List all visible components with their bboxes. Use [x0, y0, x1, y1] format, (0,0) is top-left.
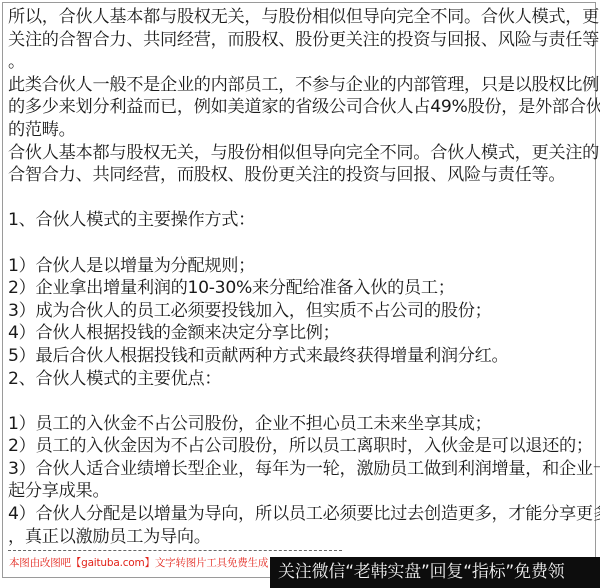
- text-line: 此类合伙人一般不是企业的内部员工，不参与企业的内部管理，只是以股权比例: [8, 74, 598, 97]
- list-item: 1）合伙人是以增量为分配规则；: [8, 255, 598, 278]
- list-item: 4）合伙人根据投钱的金额来决定分享比例；: [8, 322, 598, 345]
- text-line: 所以，合伙人基本都与股权无关，与股份相似但导向完全不同。合伙人模式，更: [8, 6, 598, 29]
- text-line: 。: [8, 51, 598, 74]
- promo-banner: 关注微信“老韩实盘”回复“指标”免费领: [270, 557, 600, 588]
- text-line: 合伙人基本都与股权无关，与股份相似但导向完全不同。合伙人模式，更关注的: [8, 142, 598, 165]
- list-item: 3）成为合伙人的员工必须要投钱加入，但实质不占公司的股份；: [8, 300, 598, 323]
- list-item: 1）员工的入伙金不占公司股份，企业不担心员工未来坐享其成；: [8, 413, 598, 436]
- blank-line: [8, 187, 598, 210]
- list-item: 3）合伙人适合业绩增长型企业，每年为一轮，激励员工做到利润增量，和企业一: [8, 458, 598, 481]
- text-line: 合智合力、共同经营，而股权、股份更关注的投资与回报、风险与责任等。: [8, 164, 598, 187]
- section-heading: 2、合伙人模式的主要优点：: [8, 368, 598, 391]
- blank-line: [8, 390, 598, 413]
- list-item: 2）企业拿出增量利润的10-30%来分配给准备入伙的员工；: [8, 277, 598, 300]
- text-line: 的范畴。: [8, 119, 598, 142]
- blank-line: [8, 232, 598, 255]
- text-line: 关注的合智合力、共同经营，而股权、股份更关注的投资与回报、风险与责任等: [8, 29, 598, 52]
- text-line: 的多少来划分利益而已，例如美道家的省级公司合伙人占49%股份，是外部合伙人: [8, 96, 598, 119]
- list-item: 5）最后合伙人根据投钱和贡献两种方式来最终获得增量利润分红。: [8, 345, 598, 368]
- section-heading: 1、合伙人模式的主要操作方式：: [8, 209, 598, 232]
- document-body: 所以，合伙人基本都与股权无关，与股份相似但导向完全不同。合伙人模式，更 关注的合…: [8, 6, 598, 548]
- dashed-divider: [8, 550, 342, 551]
- watermark-text: 本图由改图吧【gaituba.com】文字转图片工具免费生成: [9, 557, 268, 570]
- list-item: 4）合伙人分配是以增量为导向，所以员工必须要比过去创造更多，才能分享更多: [8, 503, 598, 526]
- list-item-continuation: 起分享成果。: [8, 480, 598, 503]
- list-item-continuation: ，真正以激励员工为导向。: [8, 526, 598, 549]
- list-item: 2）员工的入伙金因为不占公司股份，所以员工离职时，入伙金是可以退还的；: [8, 435, 598, 458]
